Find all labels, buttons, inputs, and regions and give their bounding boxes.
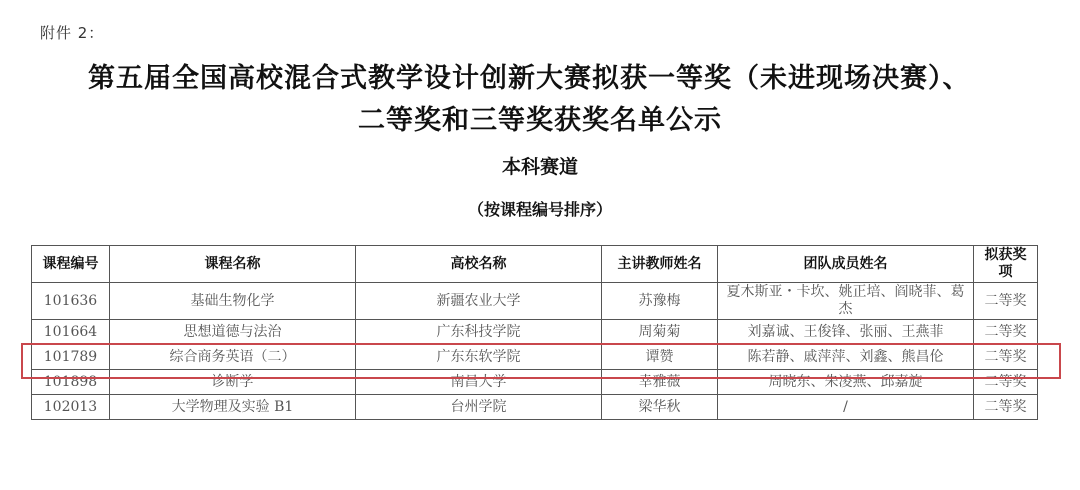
- cell-lead-teacher: 苏豫梅: [602, 283, 718, 320]
- cell-award: 二等奖: [974, 370, 1038, 395]
- cell-university: 台州学院: [356, 395, 602, 420]
- cell-course-name: 大学物理及实验 B1: [110, 395, 356, 420]
- cell-course-id: 102013: [32, 395, 110, 420]
- cell-course-name: 诊断学: [110, 370, 356, 395]
- header-team-members: 团队成员姓名: [718, 246, 974, 283]
- cell-lead-teacher: 幸雅薇: [602, 370, 718, 395]
- cell-course-id: 101898: [32, 370, 110, 395]
- page-title-line-1: 第五届全国高校混合式教学设计创新大赛拟获一等奖（未进现场决赛）、: [40, 56, 1080, 95]
- header-lead-teacher: 主讲教师姓名: [602, 246, 718, 283]
- cell-lead-teacher: 谭赞: [602, 345, 718, 370]
- cell-university: 南昌大学: [356, 370, 602, 395]
- header-course-name: 课程名称: [110, 246, 356, 283]
- cell-award: 二等奖: [974, 345, 1038, 370]
- cell-course-id: 101789: [32, 345, 110, 370]
- cell-course-name: 综合商务英语（二）: [110, 345, 356, 370]
- page-title-line-2: 二等奖和三等奖获奖名单公示: [0, 98, 1080, 137]
- cell-team-members: 刘嘉诚、王俊锋、张丽、王燕菲: [718, 320, 974, 345]
- cell-award: 二等奖: [974, 395, 1038, 420]
- cell-university: 广东科技学院: [356, 320, 602, 345]
- table-row: 101898 诊断学 南昌大学 幸雅薇 周晓东、朱凌燕、邱嘉旋 二等奖: [32, 370, 1038, 395]
- header-course-id: 课程编号: [32, 246, 110, 283]
- cell-course-name: 思想道德与法治: [110, 320, 356, 345]
- award-table: 课程编号 课程名称 高校名称 主讲教师姓名 团队成员姓名 拟获奖项 101636…: [31, 245, 1038, 420]
- cell-award: 二等奖: [974, 283, 1038, 320]
- cell-lead-teacher: 梁华秋: [602, 395, 718, 420]
- cell-lead-teacher: 周菊菊: [602, 320, 718, 345]
- table-row-highlighted: 101789 综合商务英语（二） 广东东软学院 谭赞 陈若静、戚萍萍、刘鑫、熊昌…: [32, 345, 1038, 370]
- table-header-row: 课程编号 课程名称 高校名称 主讲教师姓名 团队成员姓名 拟获奖项: [32, 246, 1038, 283]
- cell-team-members: 夏木斯亚・卡坎、姚正培、阎晓菲、葛杰: [718, 283, 974, 320]
- sort-note: （按课程编号排序）: [0, 197, 1080, 220]
- cell-course-id: 101664: [32, 320, 110, 345]
- cell-university: 新疆农业大学: [356, 283, 602, 320]
- cell-team-members: 陈若静、戚萍萍、刘鑫、熊昌伦: [718, 345, 974, 370]
- header-award: 拟获奖项: [974, 246, 1038, 283]
- table-row: 101636 基础生物化学 新疆农业大学 苏豫梅 夏木斯亚・卡坎、姚正培、阎晓菲…: [32, 283, 1038, 320]
- cell-award: 二等奖: [974, 320, 1038, 345]
- cell-university: 广东东软学院: [356, 345, 602, 370]
- header-university: 高校名称: [356, 246, 602, 283]
- cell-team-members: 周晓东、朱凌燕、邱嘉旋: [718, 370, 974, 395]
- cell-course-id: 101636: [32, 283, 110, 320]
- cell-course-name: 基础生物化学: [110, 283, 356, 320]
- cell-team-members: /: [718, 395, 974, 420]
- attachment-label: 附件 2：: [40, 22, 104, 43]
- table-row: 102013 大学物理及实验 B1 台州学院 梁华秋 / 二等奖: [32, 395, 1038, 420]
- table-row: 101664 思想道德与法治 广东科技学院 周菊菊 刘嘉诚、王俊锋、张丽、王燕菲…: [32, 320, 1038, 345]
- track-title: 本科赛道: [0, 152, 1080, 179]
